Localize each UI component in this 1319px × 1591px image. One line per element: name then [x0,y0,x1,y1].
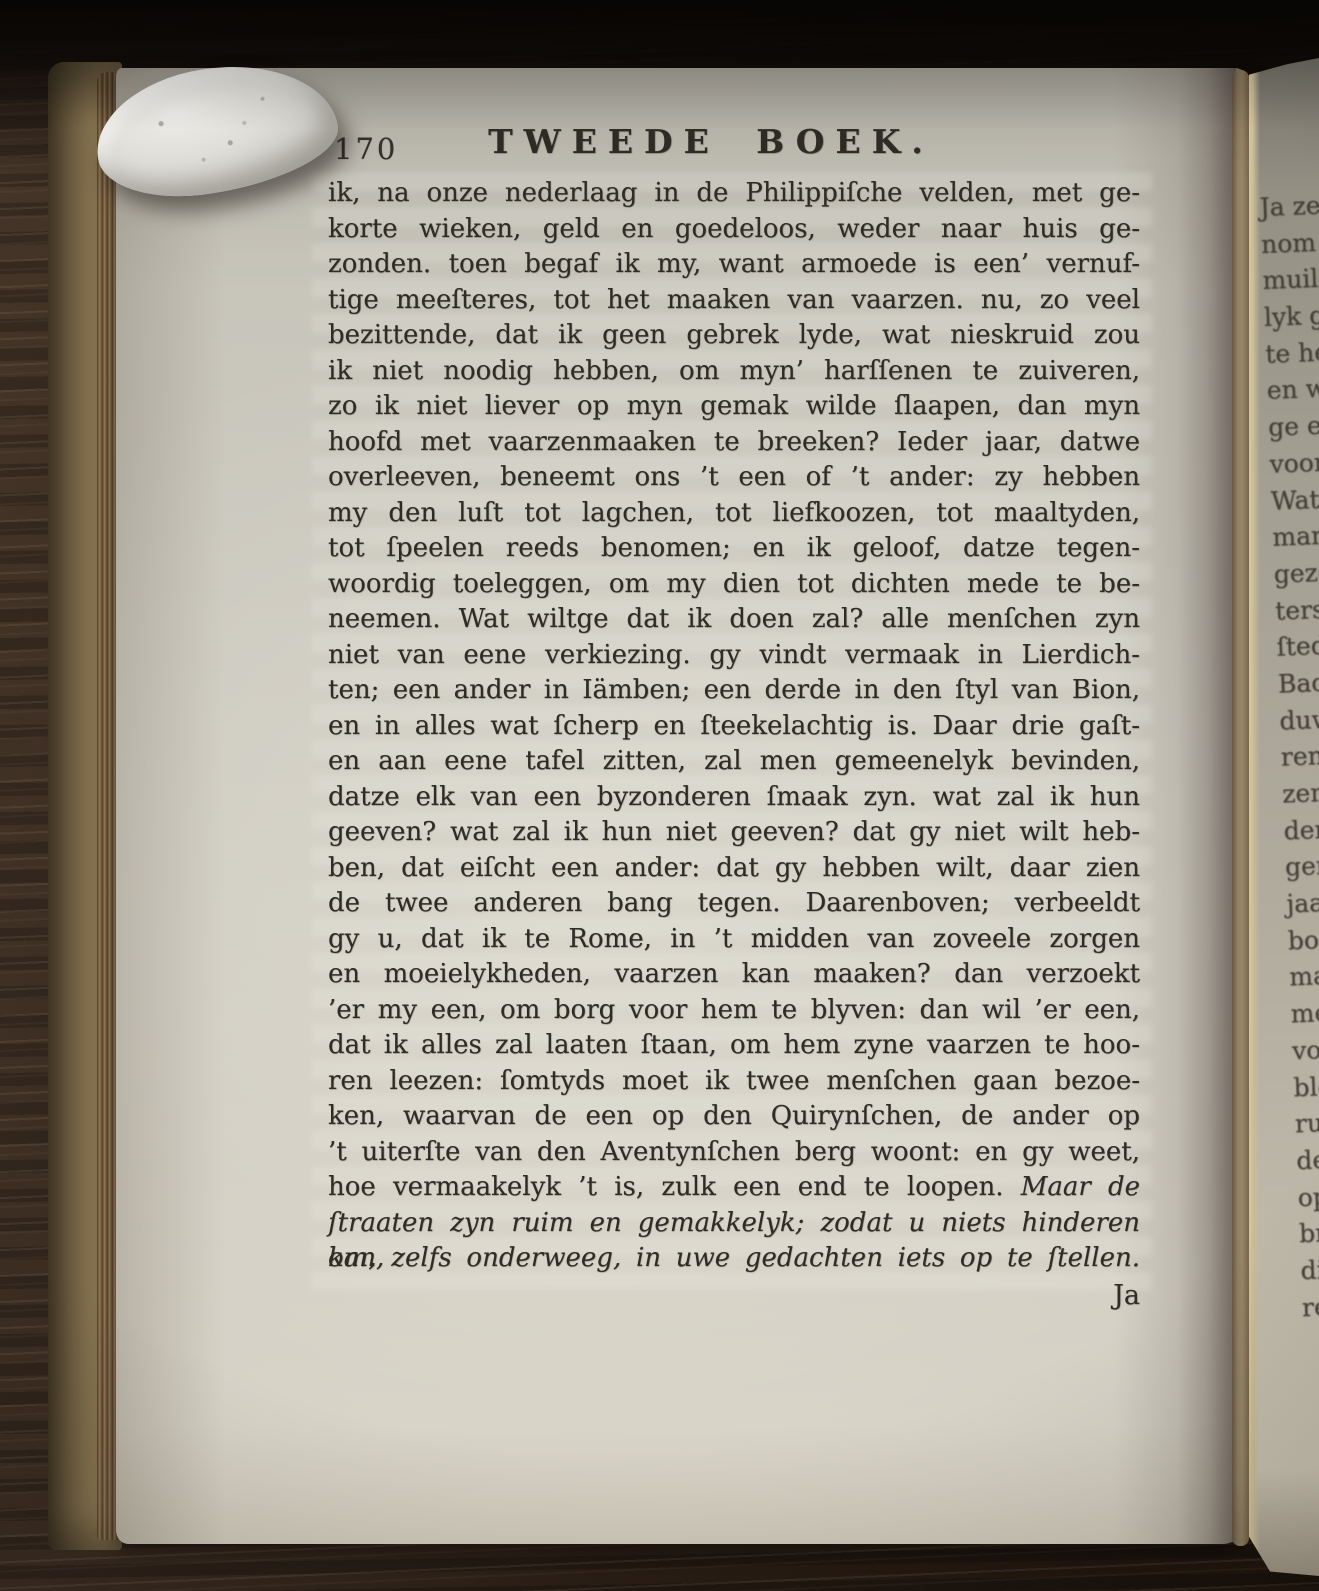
text-run: hoofd met vaarzenmaaken te breeken? Iede… [328,427,1140,457]
running-title: TWEEDE BOEK. [456,119,966,165]
text-line: tige meeſteres, tot het maaken van vaarz… [328,283,1140,319]
text-run: geeven? wat zal ik hun niet geeven? dat … [328,817,1140,847]
text-line: en moeielykheden, vaarzen kan maaken? da… [328,957,1140,993]
text-run: gy u, dat ik te Rome, in ’t midden van z… [328,924,1140,954]
text-run: neemen. Wat wiltge dat ik doen zal? alle… [328,604,1140,634]
text-line: ten; een ander in Iämben; een derde in d… [328,673,1140,709]
text-line: ben, dat eiſcht een ander: dat gy hebben… [328,851,1140,887]
facing-page-line: te hei [1265,329,1319,373]
page-number: 170 [334,132,398,166]
facing-page-line: die elka [1300,1245,1319,1289]
text-line: hoofd met vaarzenmaaken te breeken? Iede… [328,425,1140,461]
text-line: ’t uiterſte van den Aventynſchen berg wo… [328,1135,1140,1171]
facing-page-line: den, di [1296,1135,1319,1179]
text-run: ik, na onze nederlaag in de Philippiſche… [328,178,1140,208]
text-line: en in alles wat ſcherp en ſteekelachtig … [328,709,1140,745]
text-line: ren leezen: ſomtyds moet ik twee menſche… [328,1064,1140,1100]
facing-page-line: Bacchu [1277,659,1319,703]
facing-page-text: Ja zenommuilelyk gete heien wagge eenvoo… [1259,182,1319,1326]
text-run: overleeven, beneemt ons ’t een of ’t and… [328,462,1140,492]
text-line: woordig toeleggen, om my dien tot dichte… [328,567,1140,603]
text-run: tige meeſteres, tot het maaken van vaarz… [328,285,1140,315]
facing-page-line: muile [1262,256,1319,300]
text-run: hoe vermaakelyk ’t is, zulk een end te l… [328,1172,1021,1202]
text-run: en aan eene tafel zitten, zal men gemeen… [328,746,1140,776]
text-run: ik niet noodig hebben, om myn’ harſſenen… [328,356,1140,386]
text-run: ken, waarvan de een op den Quirynſchen, … [328,1101,1140,1131]
text-line: geeven? wat zal ik hun niet geeven? dat … [328,815,1140,851]
facing-page-line: geruſte [1284,842,1319,886]
facing-page-line: mer da [1290,989,1319,1033]
facing-page-line: zen ma [1282,769,1319,813]
text-run: ren leezen: ſomtyds moet ik twee menſche… [328,1066,1140,1096]
text-line: korte wieken, geld en goedeloos, weder n… [328,212,1140,248]
text-line: niet van eene verkiezing. gy vindt verma… [328,638,1140,674]
text-run: om, zelfs onderweeg, in uwe gedachten ie… [328,1243,1140,1273]
text-run: niet van eene verkiezing. gy vindt verma… [328,640,1140,670]
book-photo-scene: 170 TWEEDE BOEK. ik, na onze nederlaag i… [0,0,1319,1591]
text-line: ik, na onze nederlaag in de Philippiſche… [328,176,1140,212]
text-run: my den luſt tot lagchen, tot liefkoozen,… [328,498,1140,528]
text-line: zo ik niet liever op myn gemak wilde ſla… [328,389,1140,425]
text-line: ſtraaten zyn ruim en gemakkelyk; zodat u… [328,1206,1140,1242]
facing-page-line: mand, [1272,512,1319,556]
text-run: en moeielykheden, vaarzen kan maaken? da… [328,959,1140,989]
facing-page-line: nom [1260,219,1319,263]
text-run: zo ik niet liever op myn gemak wilde ſla… [328,391,1140,421]
text-line: ken, waarvan de een op den Quirynſchen, … [328,1099,1140,1135]
text-run: korte wieken, geld en goedeloos, weder n… [328,214,1140,244]
text-run: datze elk van een byzonderen ſmaak zyn. … [328,782,1140,812]
facing-page-line: ge een [1267,402,1319,446]
facing-page-line: en wag [1266,366,1319,410]
text-line: tot ſpeelen reeds benomen; en ik geloof,… [328,531,1140,567]
text-run: ’t uiterſte van den Aventynſchen berg wo… [328,1137,1140,1167]
text-line: datze elk van een byzonderen ſmaak zyn. … [328,780,1140,816]
text-line: dat ik alles zal laaten ſtaan, om hem zy… [328,1028,1140,1064]
facing-page-line: gezond [1273,549,1319,593]
text-run: en in alles wat ſcherp en ſteekelachtig … [328,711,1140,741]
text-run: ten; een ander in Iämben; een derde in d… [328,675,1140,705]
text-line: overleeven, beneemt ons ’t een of ’t and… [328,460,1140,496]
facing-page-sliver: Ja zenommuilelyk gete heien wagge eenvoo… [1249,58,1319,1576]
text-run: tot ſpeelen reeds benomen; en ik geloof,… [328,533,1140,563]
facing-page-line: Ja ze [1259,182,1319,226]
text-line: ik niet noodig hebben, om myn’ harſſenen… [328,354,1140,390]
catchword: Ja [328,1280,1140,1311]
text-run: dat ik alles zal laaten ſtaan, om hem zy… [328,1030,1140,1060]
text-line: gy u, dat ik te Rome, in ’t midden van z… [328,922,1140,958]
text-run: de twee anderen bang tegen. Daarenboven;… [328,888,1140,918]
text-run: zonden. toen begaf ik my, want armoede i… [328,249,1140,279]
text-line: my den luſt tot lagchen, tot liefkoozen,… [328,496,1140,532]
book-page: 170 TWEEDE BOEK. ik, na onze nederlaag i… [116,68,1250,1544]
text-line: ’er my een, om borg voor hem te blyven: … [328,993,1140,1029]
text-line: hoe vermaakelyk ’t is, zulk een end te l… [328,1170,1140,1206]
facing-page-line: broeders [1298,1209,1319,1253]
gutter-shadow [1178,68,1236,1544]
text-line: en aan eene tafel zitten, zal men gemeen… [328,744,1140,780]
facing-page-line: voor e [1269,439,1319,483]
text-run: Maar de [1021,1172,1140,1202]
facing-page-line: lyk ge [1263,292,1319,336]
text-line: om, zelfs onderweeg, in uwe gedachten ie… [328,1241,1140,1277]
facing-page-line: maakt, [1289,952,1319,996]
text-run: ’er my een, om borg voor hem te blyven: … [328,995,1140,1025]
text-run: bezittende, dat ik geen gebrek lyde, wat… [328,320,1140,350]
facing-page-line: rend ge [1280,732,1319,776]
facing-page-line: ſteden [1276,622,1319,666]
text-line: zonden. toen begaf ik my, want armoede i… [328,247,1140,283]
text-line: bezittende, dat ik geen gebrek lyde, wat… [328,318,1140,354]
facing-page-line: ruſten de [1294,1099,1319,1143]
body-text: ik, na onze nederlaag in de Philippiſche… [328,176,1140,1277]
text-line: de twee anderen bang tegen. Daarenboven;… [328,886,1140,922]
text-run: ben, dat eiſcht een ander: dat gy hebben… [328,853,1140,883]
text-run: woordig toeleggen, om my dien tot dichte… [328,569,1140,599]
page-curved-edge [1232,70,1249,1546]
facing-page-line: jaaren ac [1286,879,1319,923]
text-line: neemen. Wat wiltge dat ik doen zal? alle… [328,602,1140,638]
